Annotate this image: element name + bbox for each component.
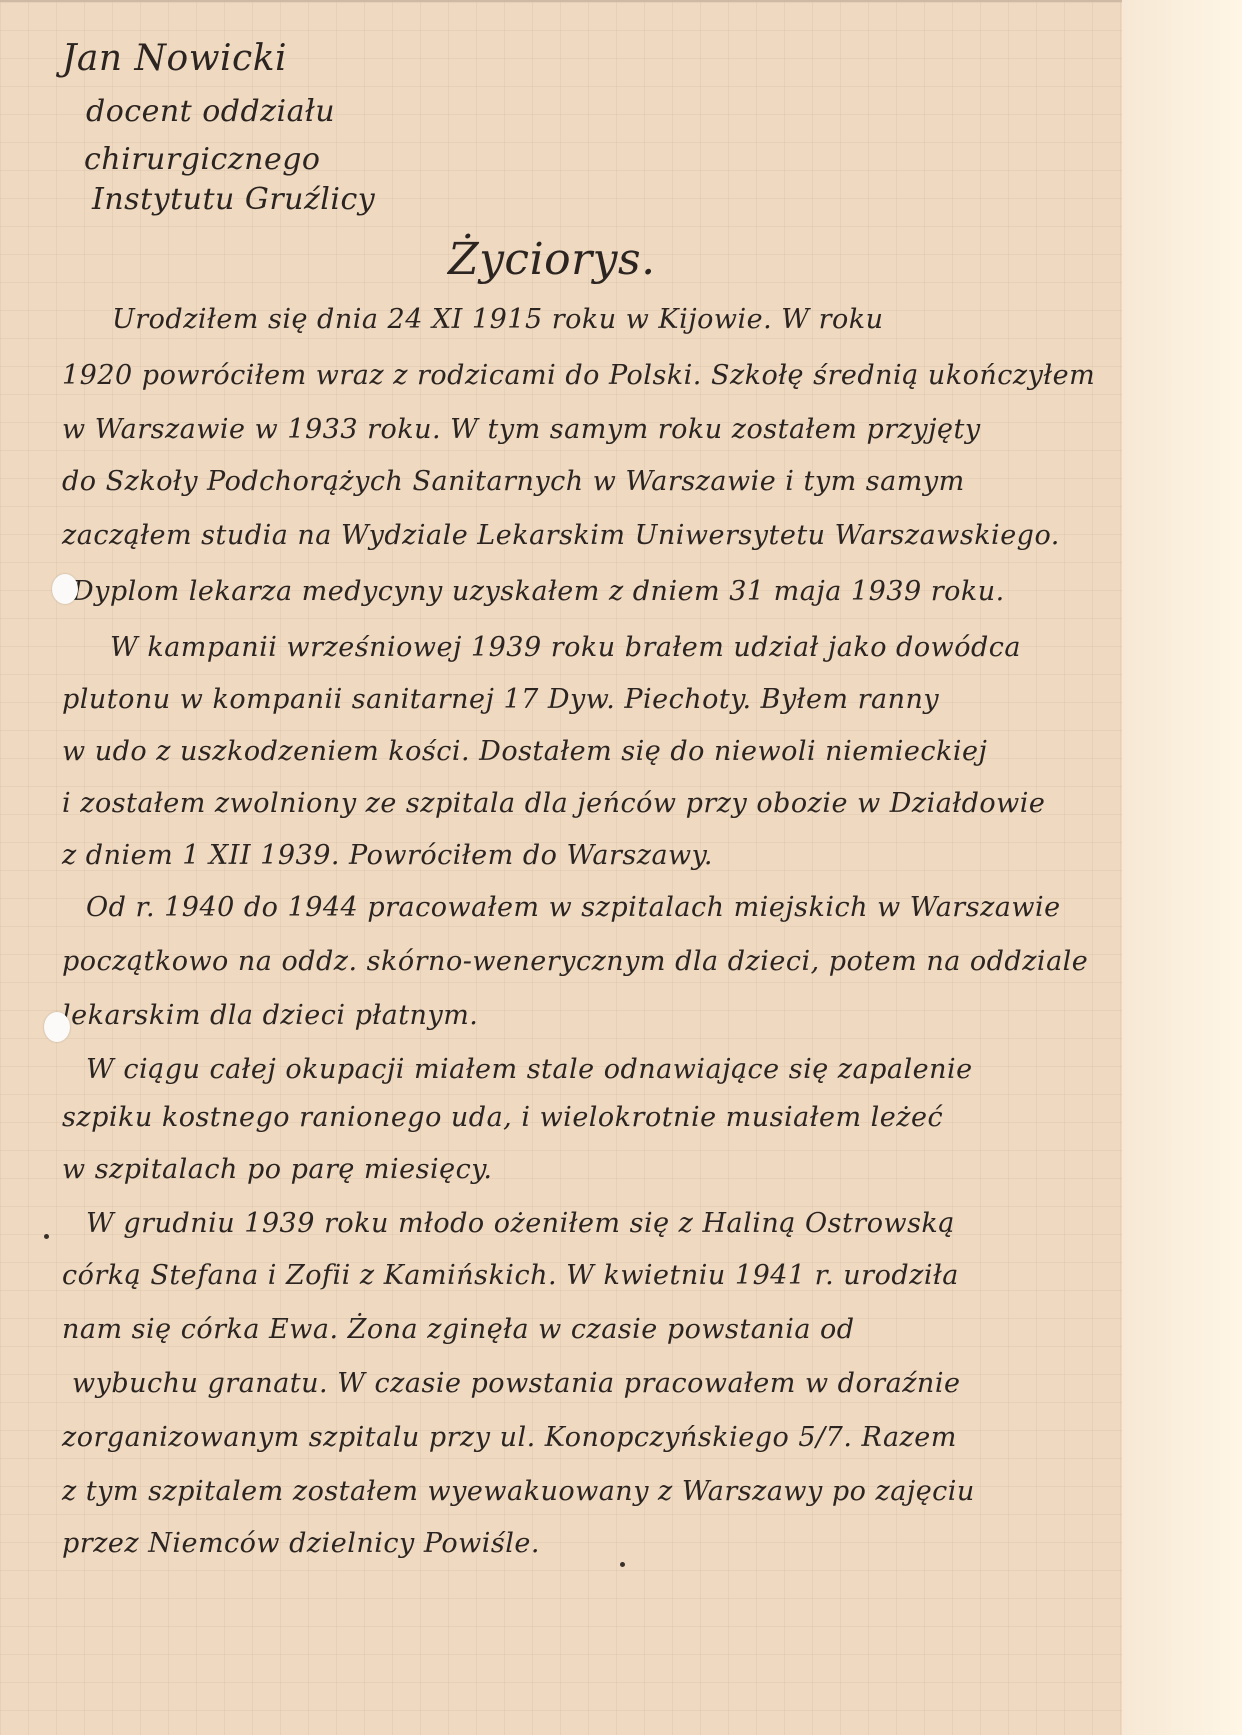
- text-line: początkowo na oddz. skórno-wenerycznym d…: [62, 946, 1088, 977]
- text-line: Od r. 1940 do 1944 pracowałem w szpitala…: [86, 892, 1061, 923]
- text-line: W kampanii wrześniowej 1939 roku brałem …: [110, 632, 1021, 663]
- text-line: zacząłem studia na Wydziale Lekarskim Un…: [62, 520, 1060, 551]
- text-line: szpiku kostnego ranionego uda, i wielokr…: [62, 1102, 943, 1133]
- text-line: zorganizowanym szpitalu przy ul. Konopcz…: [62, 1422, 957, 1453]
- author-position: docent oddziału: [86, 94, 335, 129]
- page-edge: [1122, 0, 1242, 1735]
- text-line: w Warszawie w 1933 roku. W tym samym rok…: [62, 414, 981, 445]
- ink-mark: [44, 1234, 49, 1239]
- text-line: przez Niemców dzielnicy Powiśle.: [62, 1528, 540, 1559]
- text-line: plutonu w kompanii sanitarnej 17 Dyw. Pi…: [62, 684, 939, 715]
- text-line: W ciągu całej okupacji miałem stale odna…: [86, 1054, 973, 1085]
- text-line: nam się córka Ewa. Żona zginęła w czasie…: [62, 1314, 855, 1345]
- text-line: z tym szpitalem zostałem wyewakuowany z …: [62, 1476, 975, 1507]
- text-line: z dniem 1 XII 1939. Powróciłem do Warsza…: [62, 840, 713, 871]
- author-department: chirurgicznego: [84, 142, 320, 177]
- text-line: lekarskim dla dzieci płatnym.: [62, 1000, 478, 1031]
- document-title: Życiorys.: [448, 234, 656, 285]
- text-line: W grudniu 1939 roku młodo ożeniłem się z…: [86, 1208, 955, 1239]
- text-line: córką Stefana i Zofii z Kamińskich. W kw…: [62, 1260, 959, 1291]
- text-line: 1920 powróciłem wraz z rodzicami do Pols…: [62, 360, 1095, 391]
- text-line: i zostałem zwolniony ze szpitala dla jeń…: [62, 788, 1045, 819]
- punch-hole: [52, 574, 78, 604]
- text-line: do Szkoły Podchorążych Sanitarnych w War…: [62, 466, 965, 497]
- text-line: wybuchu granatu. W czasie powstania prac…: [72, 1368, 960, 1399]
- author-institute: Instytutu Gruźlicy: [92, 182, 375, 217]
- text-line: Dyplom lekarza medycyny uzyskałem z dnie…: [72, 576, 1005, 607]
- document-page: Jan Nowicki docent oddziału chirurgiczne…: [0, 0, 1122, 1735]
- punch-hole: [44, 1012, 70, 1042]
- text-line: Urodziłem się dnia 24 XI 1915 roku w Kij…: [112, 304, 883, 335]
- text-line: w szpitalach po parę miesięcy.: [62, 1154, 493, 1185]
- author-name: Jan Nowicki: [62, 38, 287, 79]
- text-line: w udo z uszkodzeniem kości. Dostałem się…: [62, 736, 987, 767]
- ink-mark: [620, 1562, 625, 1567]
